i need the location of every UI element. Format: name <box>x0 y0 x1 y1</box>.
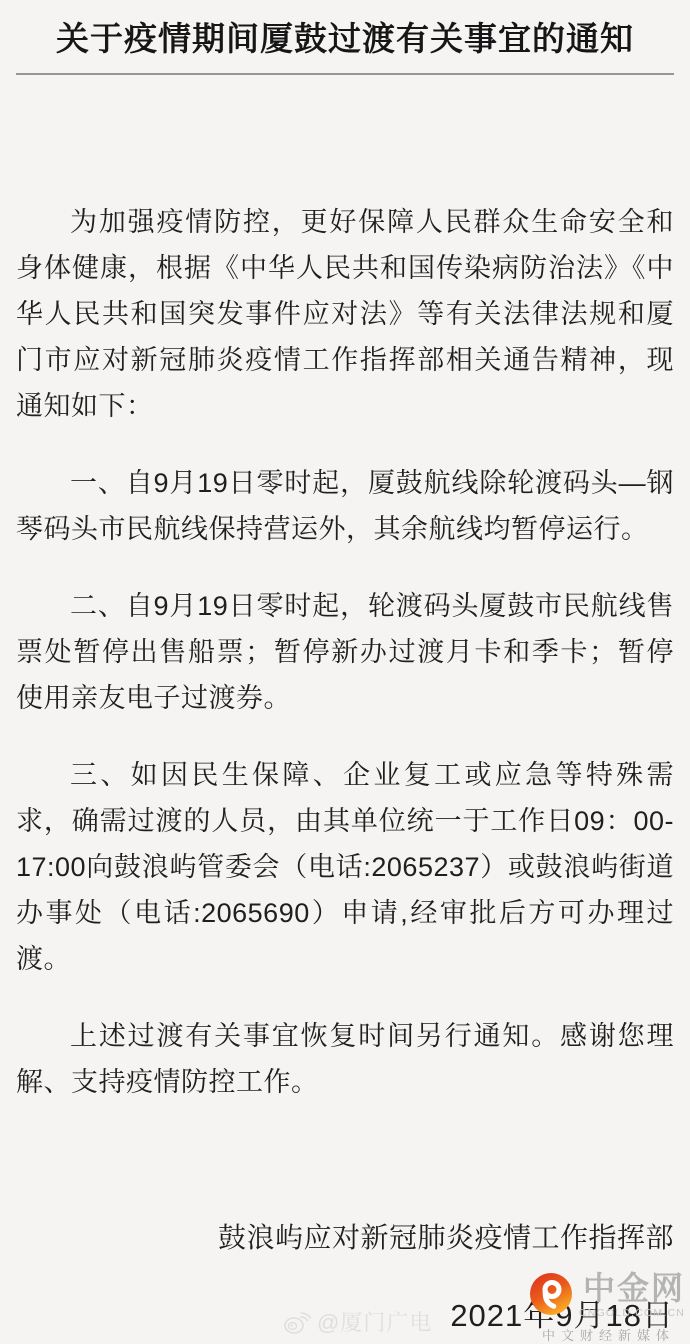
cngold-logo-icon <box>529 1272 573 1321</box>
paragraph-item-2: 二、自9月19日零时起，轮渡码头厦鼓市民航线售票处暂停出售船票；暂停新办过渡月卡… <box>16 583 674 721</box>
paragraph-intro: 为加强疫情防控，更好保障人民群众生命安全和身体健康，根据《中华人民共和国传染病防… <box>16 199 674 429</box>
page-title: 关于疫情期间厦鼓过渡有关事宜的通知 <box>16 0 674 60</box>
watermark-text: @厦门广电 <box>317 1306 432 1337</box>
brand-domain: CNGOLD.COM.CN <box>579 1307 685 1319</box>
weibo-icon <box>283 1309 317 1335</box>
paragraph-item-1: 一、自9月19日零时起，厦鼓航线除轮渡码头—钢琴码头市民航线保持营运外，其余航线… <box>16 460 674 552</box>
brand-name: 中金网 <box>583 1272 685 1304</box>
paragraph-closing: 上述过渡有关事宜恢复时间另行通知。感谢您理解、支持疫情防控工作。 <box>16 1013 674 1105</box>
paragraph-item-3: 三、如因民生保障、企业复工或应急等特殊需求，确需过渡的人员，由其单位统一于工作日… <box>16 752 674 982</box>
brand-tagline: 中文财经新媒体 <box>529 1325 675 1344</box>
notice-body: 为加强疫情防控，更好保障人民群众生命安全和身体健康，根据《中华人民共和国传染病防… <box>16 199 674 1105</box>
notice-page: 关于疫情期间厦鼓过渡有关事宜的通知 为加强疫情防控，更好保障人民群众生命安全和身… <box>0 0 690 1344</box>
title-divider <box>16 73 674 75</box>
issuer-signature: 鼓浪屿应对新冠肺炎疫情工作指挥部 <box>16 1215 674 1261</box>
weibo-watermark: @厦门广电 <box>283 1306 432 1337</box>
cngold-brand-mark: 中金网 CNGOLD.COM.CN 中文财经新媒体 <box>529 1272 675 1344</box>
